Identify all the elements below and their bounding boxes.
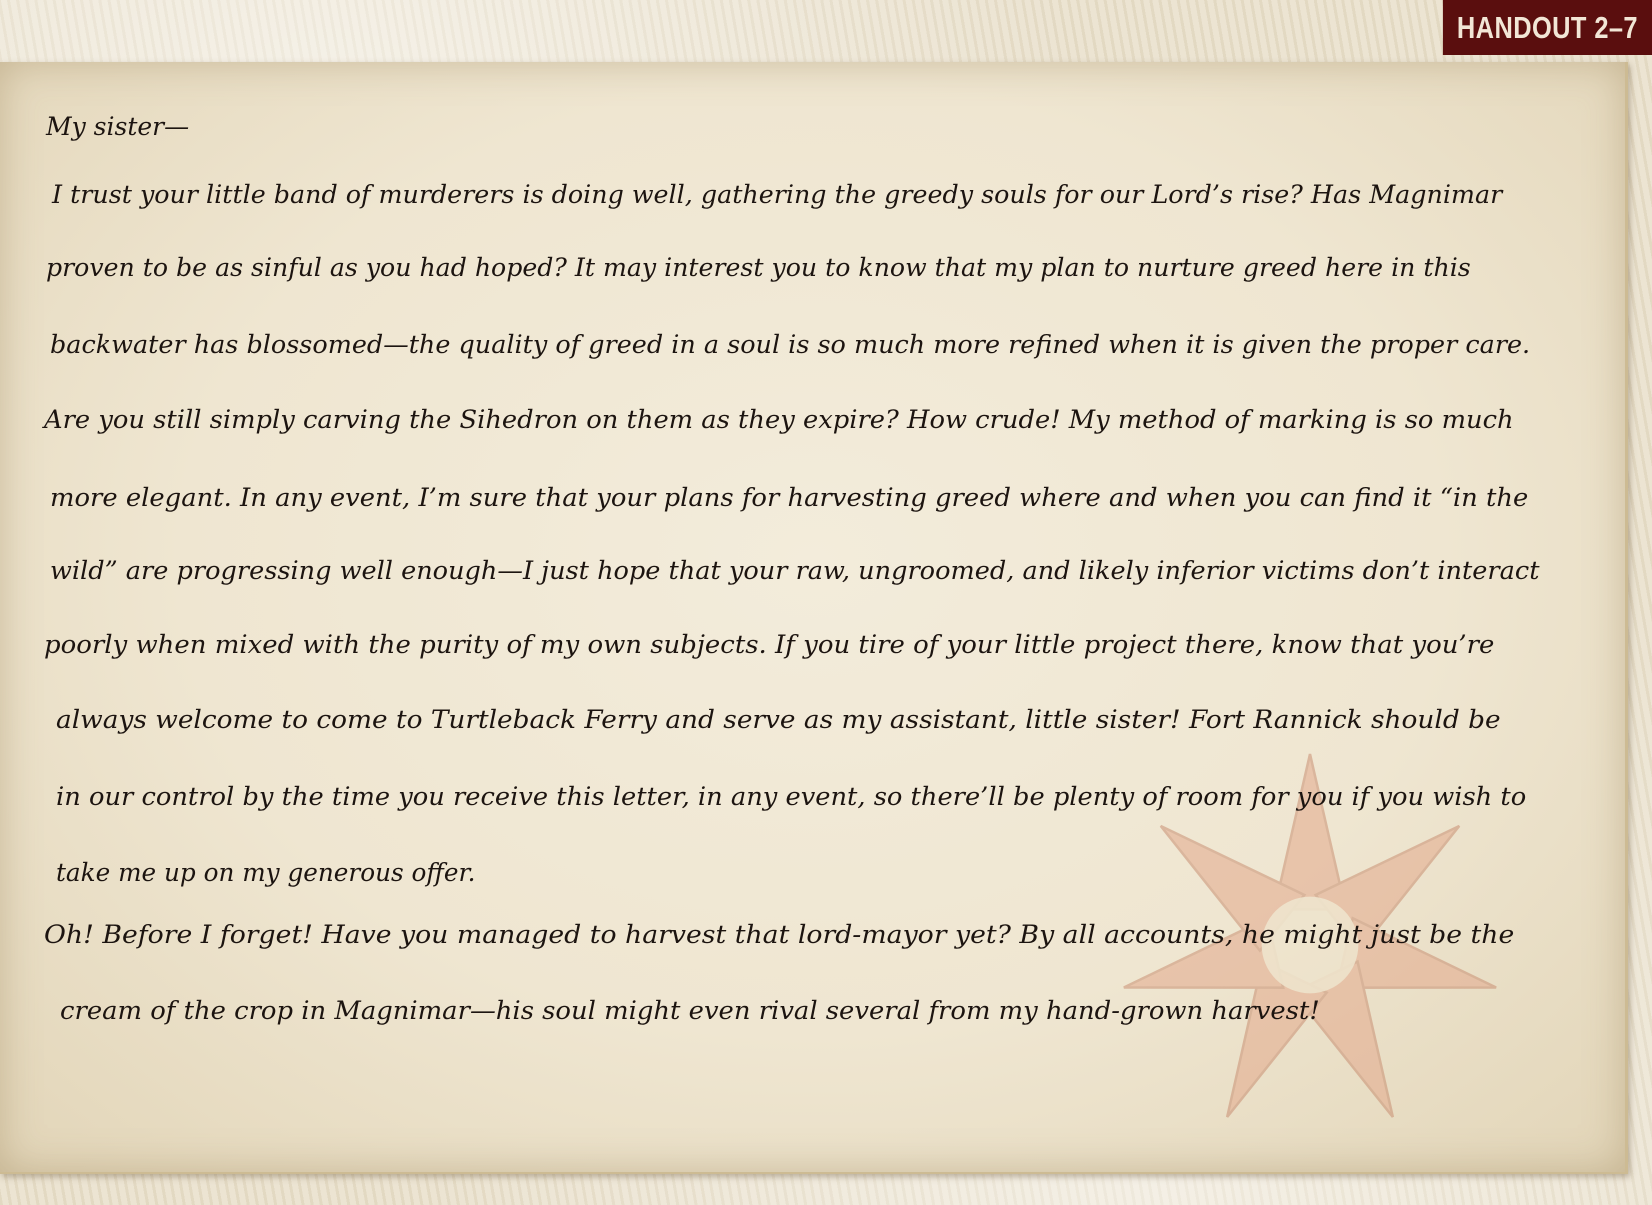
letter-line: always welcome to come to Turtleback Fer… <box>56 705 1501 734</box>
letter-line: cream of the crop in Magnimar—his soul m… <box>60 996 1320 1025</box>
letter-line: wild” are progressing well enough—I just… <box>50 556 1539 585</box>
letter-line: Oh! Before I forget! Have you managed to… <box>44 920 1514 949</box>
letter-line: I trust your little band of murderers is… <box>52 180 1502 209</box>
letter-line: backwater has blossomed—the quality of g… <box>50 330 1530 359</box>
letter-line: take me up on my generous offer. <box>56 858 476 887</box>
letter-line: poorly when mixed with the purity of my … <box>44 630 1494 659</box>
letter-salutation: My sister— <box>46 112 189 141</box>
letter-line: proven to be as sinful as you had hoped?… <box>46 253 1471 282</box>
letter-line: in our control by the time you receive t… <box>56 782 1526 811</box>
letter-line: Are you still simply carving the Sihedro… <box>44 405 1514 434</box>
handout-badge: HANDOUT 2–7 <box>1443 0 1652 55</box>
letter-line: more elegant. In any event, I’m sure tha… <box>50 483 1528 512</box>
